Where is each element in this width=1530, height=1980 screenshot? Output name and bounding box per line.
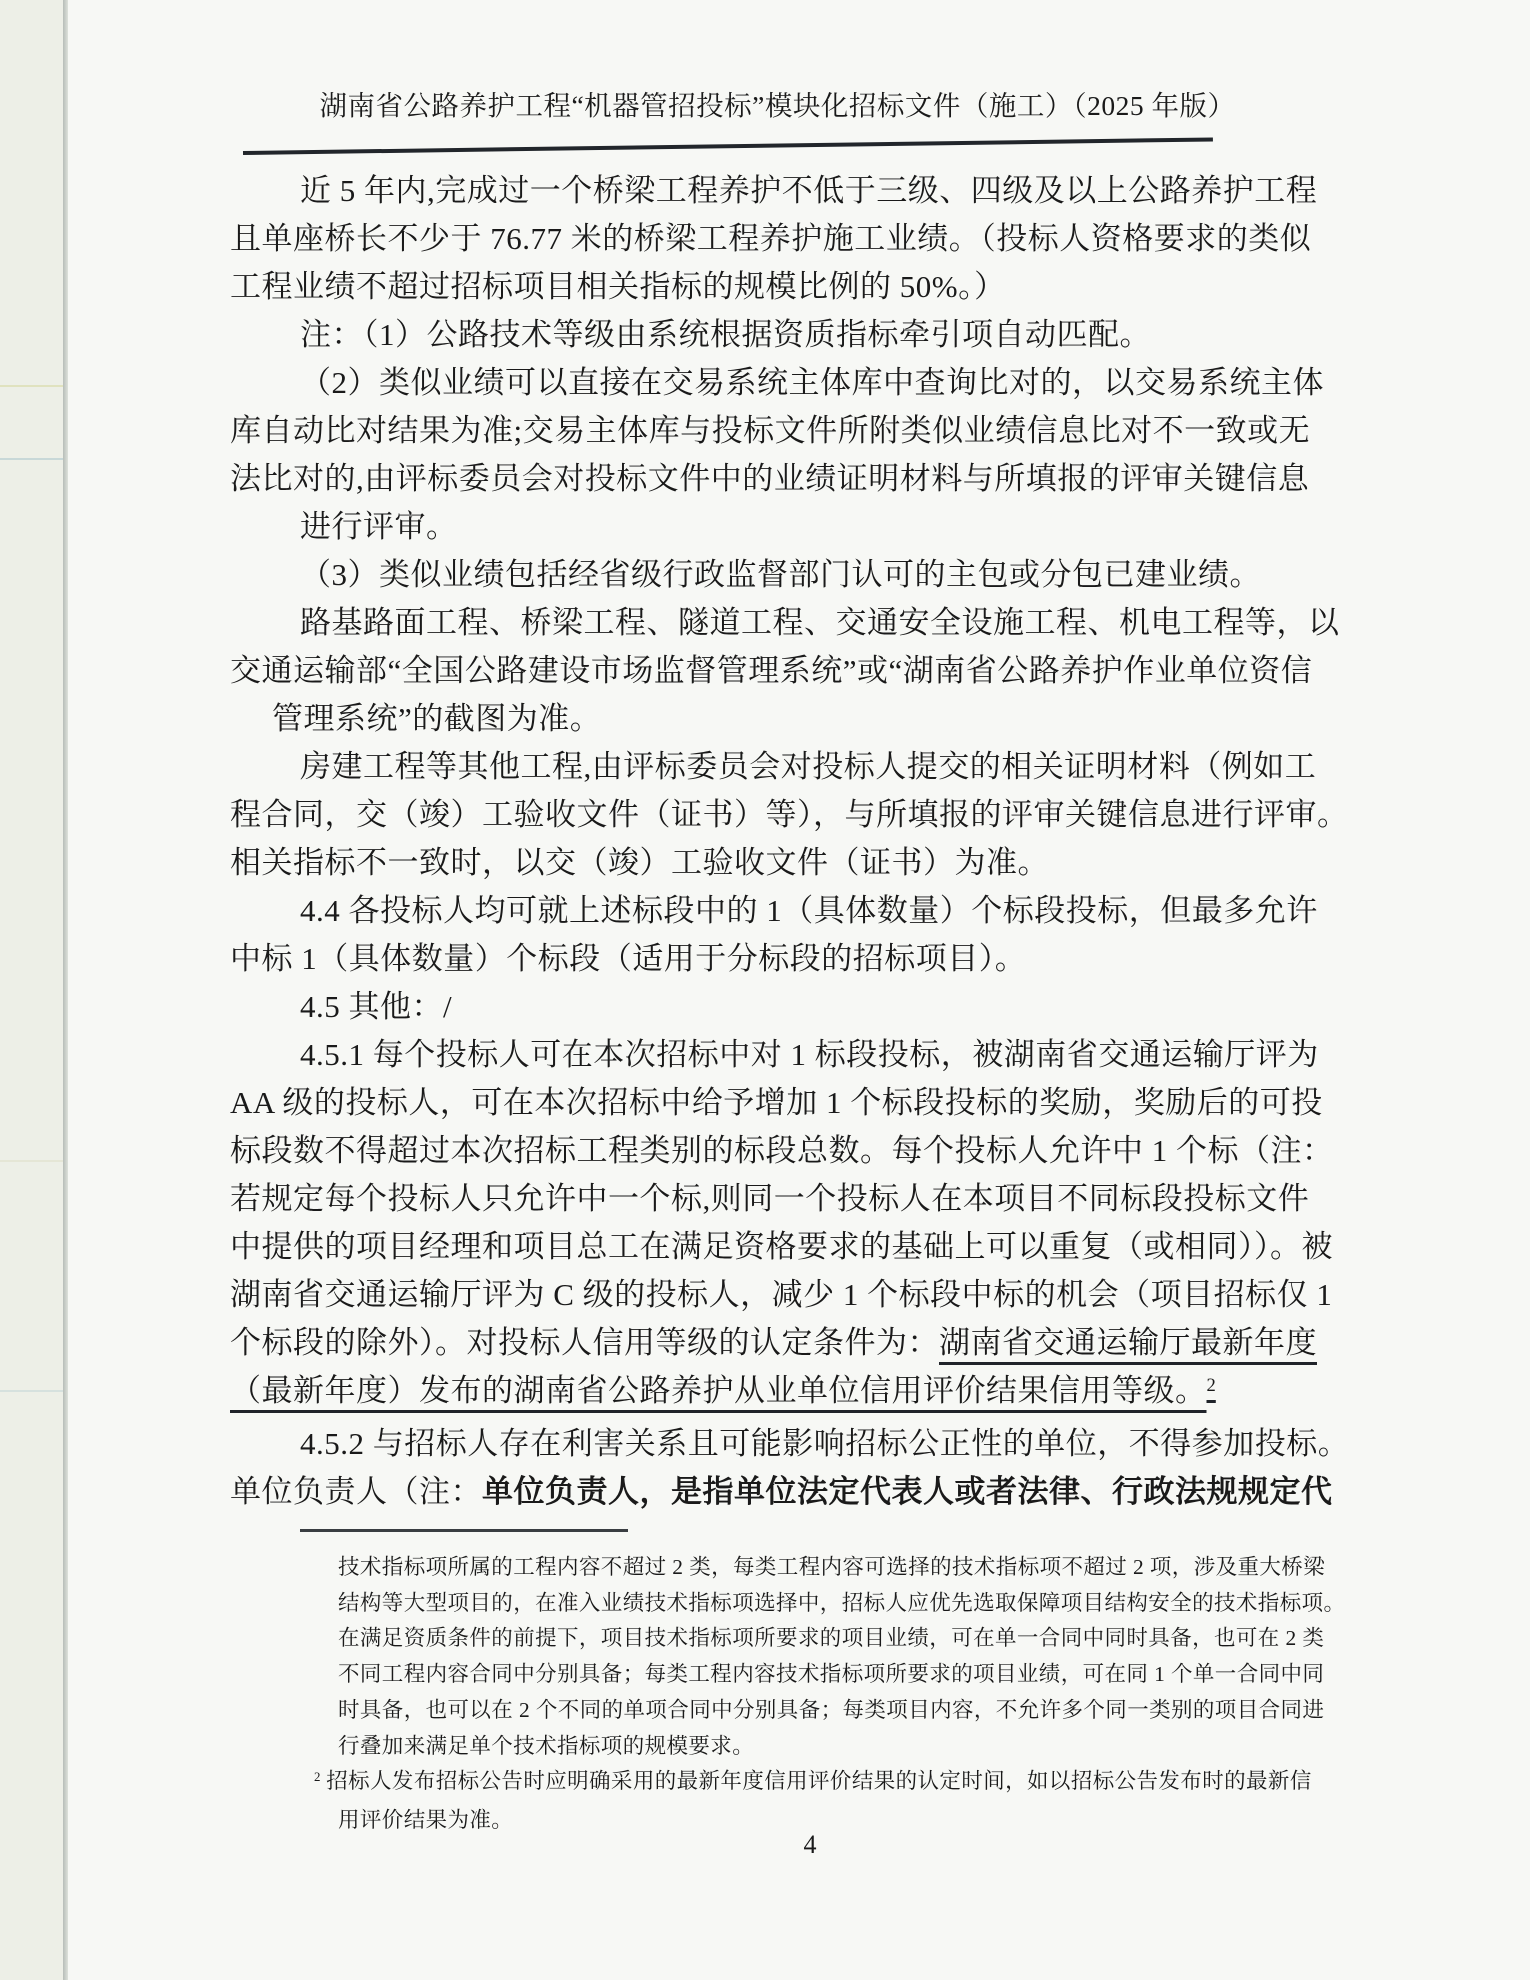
body-line: 房建工程等其他工程,由评标委员会对投标人提交的相关证明材料（例如工 <box>230 743 1305 791</box>
scan-margin-strip <box>0 0 63 1980</box>
text-segment: AA 级的投标人，可在本次招标中给予增加 1 个标段投标的奖励，奖励后的可投 <box>230 1085 1323 1120</box>
text-segment: 程合同，交（竣）工验收文件（证书）等），与所填报的评审关键信息进行评审。 <box>230 797 1349 832</box>
scan-artifact <box>0 385 63 387</box>
body-line: 中提供的项目经理和项目总工在满足资格要求的基础上可以重复（或相同））。被 <box>230 1223 1305 1271</box>
body-line: 标段数不得超过本次招标工程类别的标段总数。每个投标人允许中 1 个标（注： <box>230 1127 1305 1175</box>
body-line: 工程业绩不超过招标项目相关指标的规模比例的 50%。） <box>230 263 1305 311</box>
body-line: 法比对的,由评标委员会对投标文件中的业绩证明材料与所填报的评审关键信息 <box>230 455 1305 503</box>
text-segment: 在满足资质条件的前提下，项目技术指标项所要求的项目业绩，可在单一合同中同时具备，… <box>338 1626 1324 1650</box>
text-segment: 招标人发布招标公告时应明确采用的最新年度信用评价结果的认定时间，如以招标公告发布… <box>320 1769 1311 1793</box>
text-segment: 中提供的项目经理和项目总工在满足资格要求的基础上可以重复（或相同））。被 <box>230 1229 1333 1264</box>
text-segment: 管理系统”的截图为准。 <box>272 701 601 736</box>
document-body: 近 5 年内,完成过一个桥梁工程养护不低于三级、四级及以上公路养护工程且单座桥长… <box>230 167 1305 1516</box>
body-line: 且单座桥长不少于 76.77 米的桥梁工程养护施工业绩。（投标人资格要求的类似 <box>230 215 1305 263</box>
body-line: 管理系统”的截图为准。 <box>230 695 1305 743</box>
body-line: （2）类似业绩可以直接在交易系统主体库中查询比对的，以交易系统主体 <box>230 359 1305 407</box>
text-segment: 用评价结果为准。 <box>338 1808 513 1832</box>
body-line: 4.4 各投标人均可就上述标段中的 1（具体数量）个标段投标，但最多允许 <box>230 887 1305 935</box>
text-segment: 库自动比对结果为准;交易主体库与投标文件所附类似业绩信息比对不一致或无 <box>230 413 1310 448</box>
footnotes: 技术指标项所属的工程内容不超过 2 类，每类工程内容可选择的技术指标项不超过 2… <box>338 1550 1305 1839</box>
body-line: 相关指标不一致时，以交（竣）工验收文件（证书）为准。 <box>230 839 1305 887</box>
text-segment: 工程业绩不超过招标项目相关指标的规模比例的 50%。） <box>230 269 1006 304</box>
body-line: 路基路面工程、桥梁工程、隧道工程、交通安全设施工程、机电工程等，以 <box>230 599 1305 647</box>
body-line: （3）类似业绩包括经省级行政监督部门认可的主包或分包已建业绩。 <box>230 551 1305 599</box>
scanned-document-page: 湖南省公路养护工程“机器管招投标”模块化招标文件（施工）（2025 年版） 近 … <box>0 0 1530 1980</box>
text-segment: 4.5.2 与招标人存在利害关系且可能影响招标公正性的单位，不得参加投标。 <box>300 1426 1349 1461</box>
document-header-title: 湖南省公路养护工程“机器管招投标”模块化招标文件（施工）（2025 年版） <box>230 90 1305 122</box>
body-line: 注：（1）公路技术等级由系统根据资质指标牵引项自动匹配。 <box>230 311 1305 359</box>
footnote-line: 技术指标项所属的工程内容不超过 2 类，每类工程内容可选择的技术指标项不超过 2… <box>338 1550 1305 1586</box>
text-segment: 技术指标项所属的工程内容不超过 2 类，每类工程内容可选择的技术指标项不超过 2… <box>338 1555 1325 1579</box>
text-segment: （3）类似业绩包括经省级行政监督部门认可的主包或分包已建业绩。 <box>300 557 1261 592</box>
body-line: 若规定每个投标人只允许中一个标,则同一个投标人在本项目不同标段投标文件 <box>230 1175 1305 1223</box>
text-segment: （最新年度）发布的湖南省公路养护从业单位信用评价结果信用等级。 <box>230 1373 1207 1408</box>
text-segment: 注：（1）公路技术等级由系统根据资质指标牵引项自动匹配。 <box>300 317 1151 352</box>
text-segment: （2）类似业绩可以直接在交易系统主体库中查询比对的，以交易系统主体 <box>300 365 1324 400</box>
text-segment: 且单座桥长不少于 76.77 米的桥梁工程养护施工业绩。（投标人资格要求的类似 <box>230 221 1311 256</box>
text-segment: 相关指标不一致时，以交（竣）工验收文件（证书）为准。 <box>230 845 1049 880</box>
body-line: 库自动比对结果为准;交易主体库与投标文件所附类似业绩信息比对不一致或无 <box>230 407 1305 455</box>
body-line: 4.5.1 每个投标人可在本次招标中对 1 标段投标，被湖南省交通运输厅评为 <box>230 1031 1305 1079</box>
text-segment: 法比对的,由评标委员会对投标文件中的业绩证明材料与所填报的评审关键信息 <box>230 461 1309 496</box>
text-segment: 中标 1（具体数量）个标段（适用于分标段的招标项目）。 <box>230 941 1026 976</box>
text-segment: 路基路面工程、桥梁工程、隧道工程、交通安全设施工程、机电工程等，以 <box>300 605 1340 640</box>
body-line: 近 5 年内,完成过一个桥梁工程养护不低于三级、四级及以上公路养护工程 <box>230 167 1305 215</box>
text-segment: 4.5.1 每个投标人可在本次招标中对 1 标段投标，被湖南省交通运输厅评为 <box>300 1037 1319 1072</box>
text-segment: 近 5 年内,完成过一个桥梁工程养护不低于三级、四级及以上公路养护工程 <box>300 173 1317 208</box>
text-segment: 4.5 其他：/ <box>300 989 452 1024</box>
footnote-line: 在满足资质条件的前提下，项目技术指标项所要求的项目业绩，可在单一合同中同时具备，… <box>338 1621 1305 1657</box>
text-segment: 湖南省交通运输厅评为 C 级的投标人，减少 1 个标段中标的机会（项目招标仅 1 <box>230 1277 1332 1312</box>
body-line: 4.5.2 与招标人存在利害关系且可能影响招标公正性的单位，不得参加投标。 <box>230 1420 1305 1468</box>
text-segment: 行叠加来满足单个技术指标项的规模要求。 <box>338 1734 754 1758</box>
scan-artifact <box>0 1160 63 1162</box>
footnote-ref-superscript: 2 <box>314 1770 320 1784</box>
footnote-line: 不同工程内容合同中分别具备；每类工程内容技术指标项所要求的项目业绩，可在同 1 … <box>338 1657 1305 1693</box>
header-rule <box>243 137 1213 154</box>
scan-artifact <box>0 1390 63 1392</box>
footnote-ref-superscript: 2 <box>1207 1375 1216 1396</box>
text-segment: 进行评审。 <box>300 509 458 544</box>
text-segment: 4.4 各投标人均可就上述标段中的 1（具体数量）个标段投标，但最多允许 <box>300 893 1318 928</box>
body-line: （最新年度）发布的湖南省公路养护从业单位信用评价结果信用等级。2 <box>230 1367 1305 1420</box>
body-line: AA 级的投标人，可在本次招标中给予增加 1 个标段投标的奖励，奖励后的可投 <box>230 1079 1305 1127</box>
text-segment: 房建工程等其他工程,由评标委员会对投标人提交的相关证明材料（例如工 <box>300 749 1316 784</box>
body-line: 4.5 其他：/ <box>230 983 1305 1031</box>
text-segment: 若规定每个投标人只允许中一个标,则同一个投标人在本项目不同标段投标文件 <box>230 1181 1309 1216</box>
footnote-line: 时具备，也可以在 2 个不同的单项合同中分别具备；每类项目内容，不允许多个同一类… <box>338 1693 1305 1729</box>
footnote-separator <box>300 1529 628 1532</box>
body-line: 湖南省交通运输厅评为 C 级的投标人，减少 1 个标段中标的机会（项目招标仅 1 <box>230 1271 1305 1319</box>
scan-fold-line <box>63 0 68 1980</box>
text-segment: 个标段的除外）。对投标人信用等级的认定条件为： <box>230 1325 939 1360</box>
text-segment: 湖南省交通运输厅最新年度 <box>939 1325 1317 1360</box>
footnote-line: 结构等大型项目的，在准入业绩技术指标项选择中，招标人应优先选取保障项目结构安全的… <box>338 1586 1305 1622</box>
text-segment: 单位负责人（注： <box>230 1474 482 1509</box>
body-line: 进行评审。 <box>230 503 1305 551</box>
text-segment: 标段数不得超过本次招标工程类别的标段总数。每个投标人允许中 1 个标（注： <box>230 1133 1334 1168</box>
text-segment: 单位负责人，是指单位法定代表人或者法律、行政法规规定代 <box>482 1474 1333 1509</box>
text-segment: 时具备，也可以在 2 个不同的单项合同中分别具备；每类项目内容，不允许多个同一类… <box>338 1698 1324 1722</box>
body-line: 交通运输部“全国公路建设市场监督管理系统”或“湖南省公路养护作业单位资信 <box>230 647 1305 695</box>
body-line: 程合同，交（竣）工验收文件（证书）等），与所填报的评审关键信息进行评审。 <box>230 791 1305 839</box>
footnote-line: 2 招标人发布招标公告时应明确采用的最新年度信用评价结果的认定时间，如以招标公告… <box>338 1764 1305 1803</box>
text-segment: 结构等大型项目的，在准入业绩技术指标项选择中，招标人应优先选取保障项目结构安全的… <box>338 1591 1345 1615</box>
body-line: 单位负责人（注：单位负责人，是指单位法定代表人或者法律、行政法规规定代 <box>230 1468 1305 1516</box>
text-segment: 不同工程内容合同中分别具备；每类工程内容技术指标项所要求的项目业绩，可在同 1 … <box>338 1662 1324 1686</box>
scan-artifact <box>0 458 63 460</box>
body-line: 中标 1（具体数量）个标段（适用于分标段的招标项目）。 <box>230 935 1305 983</box>
page-number: 4 <box>785 1830 835 1860</box>
body-line: 个标段的除外）。对投标人信用等级的认定条件为：湖南省交通运输厅最新年度 <box>230 1319 1305 1367</box>
footnote-line: 行叠加来满足单个技术指标项的规模要求。 <box>338 1729 1305 1765</box>
text-segment: 交通运输部“全国公路建设市场监督管理系统”或“湖南省公路养护作业单位资信 <box>230 653 1312 688</box>
